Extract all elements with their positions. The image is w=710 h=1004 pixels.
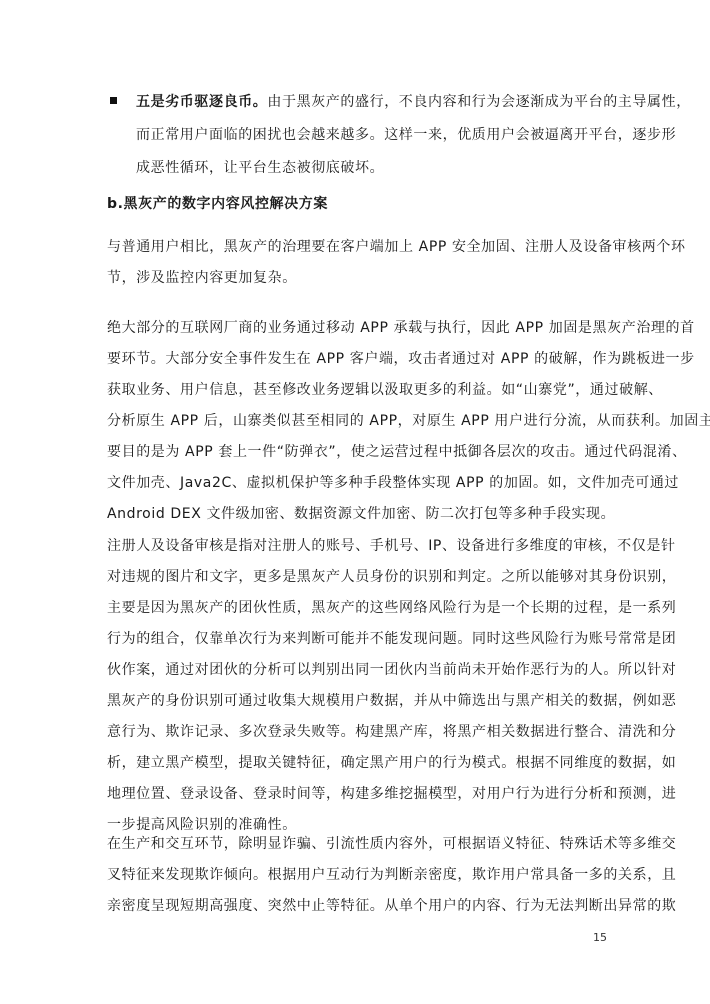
paragraph-line: 对违规的图片和文字，更多是黑灰产人员身份的识别和判定。之所以能够对其身份识别， bbox=[107, 569, 676, 585]
paragraph-line: 注册人及设备审核是指对注册人的账号、手机号、IP、设备进行多维度的审核，不仅是针 bbox=[107, 538, 676, 554]
paragraph-line: 节，涉及监控内容更加复杂。 bbox=[107, 270, 297, 286]
paragraph-line: 在生产和交互环节，除明显诈骗、引流性质内容外，可根据语义特征、特殊话术等多维交 bbox=[107, 836, 676, 852]
paragraph-line: 析，建立黑产模型，提取关键特征，确定黑产用户的行为模式。根据不同维度的数据，如 bbox=[107, 755, 676, 771]
paragraph-line: 一步提高风险识别的准确性。 bbox=[107, 817, 297, 833]
paragraph-line: 黑灰产的身份识别可通过收集大规模用户数据，并从中筛选出与黑产相关的数据，例如恶 bbox=[107, 693, 676, 709]
bullet-square-icon bbox=[110, 97, 117, 104]
paragraph-line: 文件加壳、Java2C、虚拟机保护等多种手段整体实现 APP 的加固。如，文件加… bbox=[107, 475, 679, 491]
bullet-line-2: 而正常用户面临的困扰也会越来越多。这样一来，优质用户会被逼离开平台，逐步形 bbox=[136, 127, 676, 143]
paragraph-line: 亲密度呈现短期高强度、突然中止等特征。从单个用户的内容、行为无法判断出异常的欺 bbox=[107, 898, 676, 914]
paragraph-line: 绝大部分的互联网厂商的业务通过移动 APP 承载与执行，因此 APP 加固是黑灰… bbox=[107, 320, 695, 336]
bullet-line-1: 五是劣币驱逐良币。由于黑灰产的盛行，不良内容和行为会逐渐成为平台的主导属性， bbox=[136, 94, 691, 110]
document-page: 五是劣币驱逐良币。由于黑灰产的盛行，不良内容和行为会逐渐成为平台的主导属性， 而… bbox=[0, 0, 710, 1004]
paragraph-line: 叉特征来发现欺诈倾向。根据用户互动行为判断亲密度，欺诈用户常具备一多的关系，且 bbox=[107, 867, 676, 883]
paragraph-line: 分析原生 APP 后，山寨类似甚至相同的 APP，对原生 APP 用户进行分流，… bbox=[107, 413, 710, 429]
paragraph-line: 要环节。大部分安全事件发生在 APP 客户端，攻击者通过对 APP 的破解，作为… bbox=[107, 351, 695, 367]
paragraph-line: 要目的是为 APP 套上一件“防弹衣”，使之运营过程中抵御各层次的攻击。通过代码… bbox=[107, 444, 687, 460]
paragraph-line: 伙作案，通过对团伙的分析可以判别出同一团伙内当前尚未开始作恶行为的人。所以针对 bbox=[107, 662, 676, 678]
paragraph-line: 主要是因为黑灰产的团伙性质，黑灰产的这些网络风险行为是一个长期的过程，是一系列 bbox=[107, 600, 676, 616]
paragraph-line: 行为的组合，仅靠单次行为来判断可能并不能发现问题。同时这些风险行为账号常常是团 bbox=[107, 631, 676, 647]
paragraph-line: 意行为、欺诈记录、多次登录失败等。构建黑产库，将黑产相关数据进行整合、清洗和分 bbox=[107, 724, 676, 740]
page-number: 15 bbox=[593, 931, 607, 944]
paragraph-line: 获取业务、用户信息，甚至修改业务逻辑以汲取更多的利益。如“山寨党”，通过破解、 bbox=[107, 382, 663, 398]
bullet-lead: 五是劣币驱逐良币。 bbox=[136, 94, 267, 110]
bullet-line-3: 成恶性循环，让平台生态被彻底破坏。 bbox=[136, 160, 384, 176]
paragraph-line: 地理位置、登录设备、登录时间等，构建多维挖掘模型，对用户行为进行分析和预测，进 bbox=[107, 786, 676, 802]
paragraph-line: 与普通用户相比，黑灰产的治理要在客户端加上 APP 安全加固、注册人及设备审核两… bbox=[107, 239, 686, 255]
paragraph-line: Android DEX 文件级加密、数据资源文件加密、防二次打包等多种手段实现。 bbox=[107, 506, 615, 522]
section-heading: b.黑灰产的数字内容风控解决方案 bbox=[107, 196, 328, 212]
